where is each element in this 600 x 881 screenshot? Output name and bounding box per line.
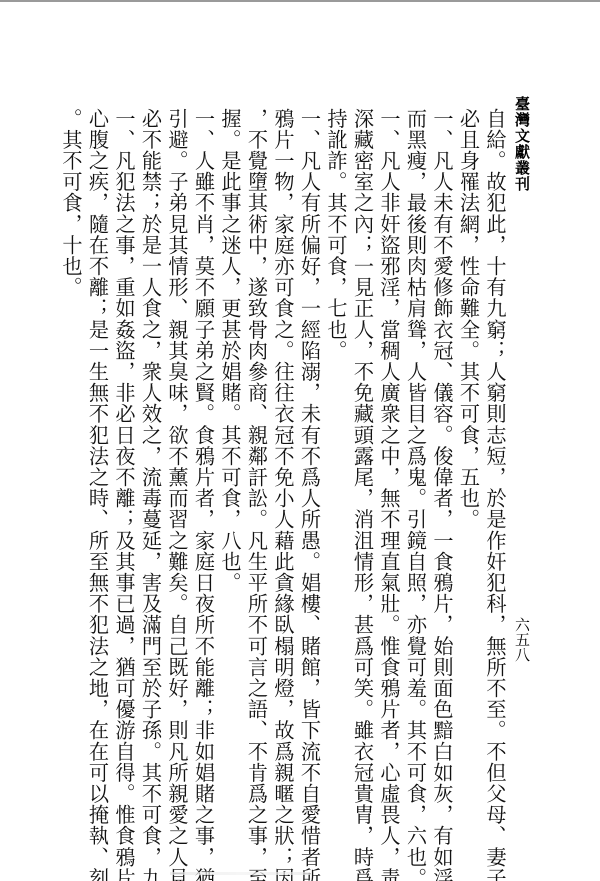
text-column: 自給。故犯此，十有九窮；人窮則志短，於是作奸犯科，無所不至。不但父母、妻子不免凍…	[482, 108, 509, 758]
page-top-border	[0, 0, 600, 2]
text-column: 。其不可食，十也。	[58, 108, 85, 758]
list-item-7: 一、凡人非奸盜邪淫，當稠人廣衆之中，無不理直氣壯。惟食鴉片者，心虛畏人，靑天白日	[376, 108, 403, 758]
text-column: 而黑瘦，最後則肉枯肩聳，人皆目之爲鬼。引鏡自照，亦覺可羞。其不可食，六也。	[402, 108, 429, 758]
running-header-title: 臺灣文獻叢刊	[512, 96, 533, 192]
text-column: 必且身罹法網，性命難全。其不可食，五也。	[455, 108, 482, 758]
text-column: 必不能禁；於是一人食之，衆人效之，流毒蔓延，害及滿門至於子孫。其不可食，九也。	[137, 108, 164, 758]
text-column: 持訛詐。其不可食，七也。	[323, 108, 350, 758]
page-number: 六五八	[512, 617, 533, 662]
text-column: 心腹之疾，隨在不離；是一生無不犯法之時、所至無不犯法之地，在在可以掩執、刻刻自蹈…	[84, 108, 111, 758]
list-item-9: 一、人雖不肖，莫不願子弟之賢。食鴉片者，家庭日夜所不能離；非如娼賭之事，猶可在外	[190, 108, 217, 758]
list-item-6: 一、凡人未有不愛修飾衣冠、儀容。俊偉者，一食鴉片，始則面色黯白如灰，有如浮腫；漸	[429, 108, 456, 758]
list-item-10: 一、凡犯法之事，重如姦盜，非必日夜不離；及其事已過，猶可優游自得。惟食鴉片者已成	[111, 108, 138, 758]
text-column: ，不覺墮其術中，遂致骨肉參商、親鄰訐訟。凡生平所不可言之語、不肯爲之事，至此亦全…	[243, 108, 270, 758]
text-column: 深藏密室之內；一見正人，不免藏頭露尾，消沮情形，甚爲可笑。雖衣冠貴胄，時爲小人之…	[349, 108, 376, 758]
text-column: 引避。子弟見其情形、親其臭味，欲不薰而習之難矣。自己既好，則凡所親愛之人見而欲之…	[164, 108, 191, 758]
text-column: 握。是此事之迷人，更甚於娼賭。其不可食，八也。	[217, 108, 244, 758]
text-column: 鴉片一物，家庭亦可食之。往往衣冠不免小人藉此貪緣臥榻明燈，故爲親暱之狀；因而乘間…	[270, 108, 297, 758]
list-item-8: 一、凡人有所偏好，一經陷溺，未有不爲人所愚。娼樓、賭館，皆下流不自愛惜者所爲；獨	[296, 108, 323, 758]
scan-artifact	[170, 872, 310, 875]
body-text: 自給。故犯此，十有九窮；人窮則志短，於是作奸犯科，無所不至。不但父母、妻子不免凍…	[58, 108, 509, 758]
